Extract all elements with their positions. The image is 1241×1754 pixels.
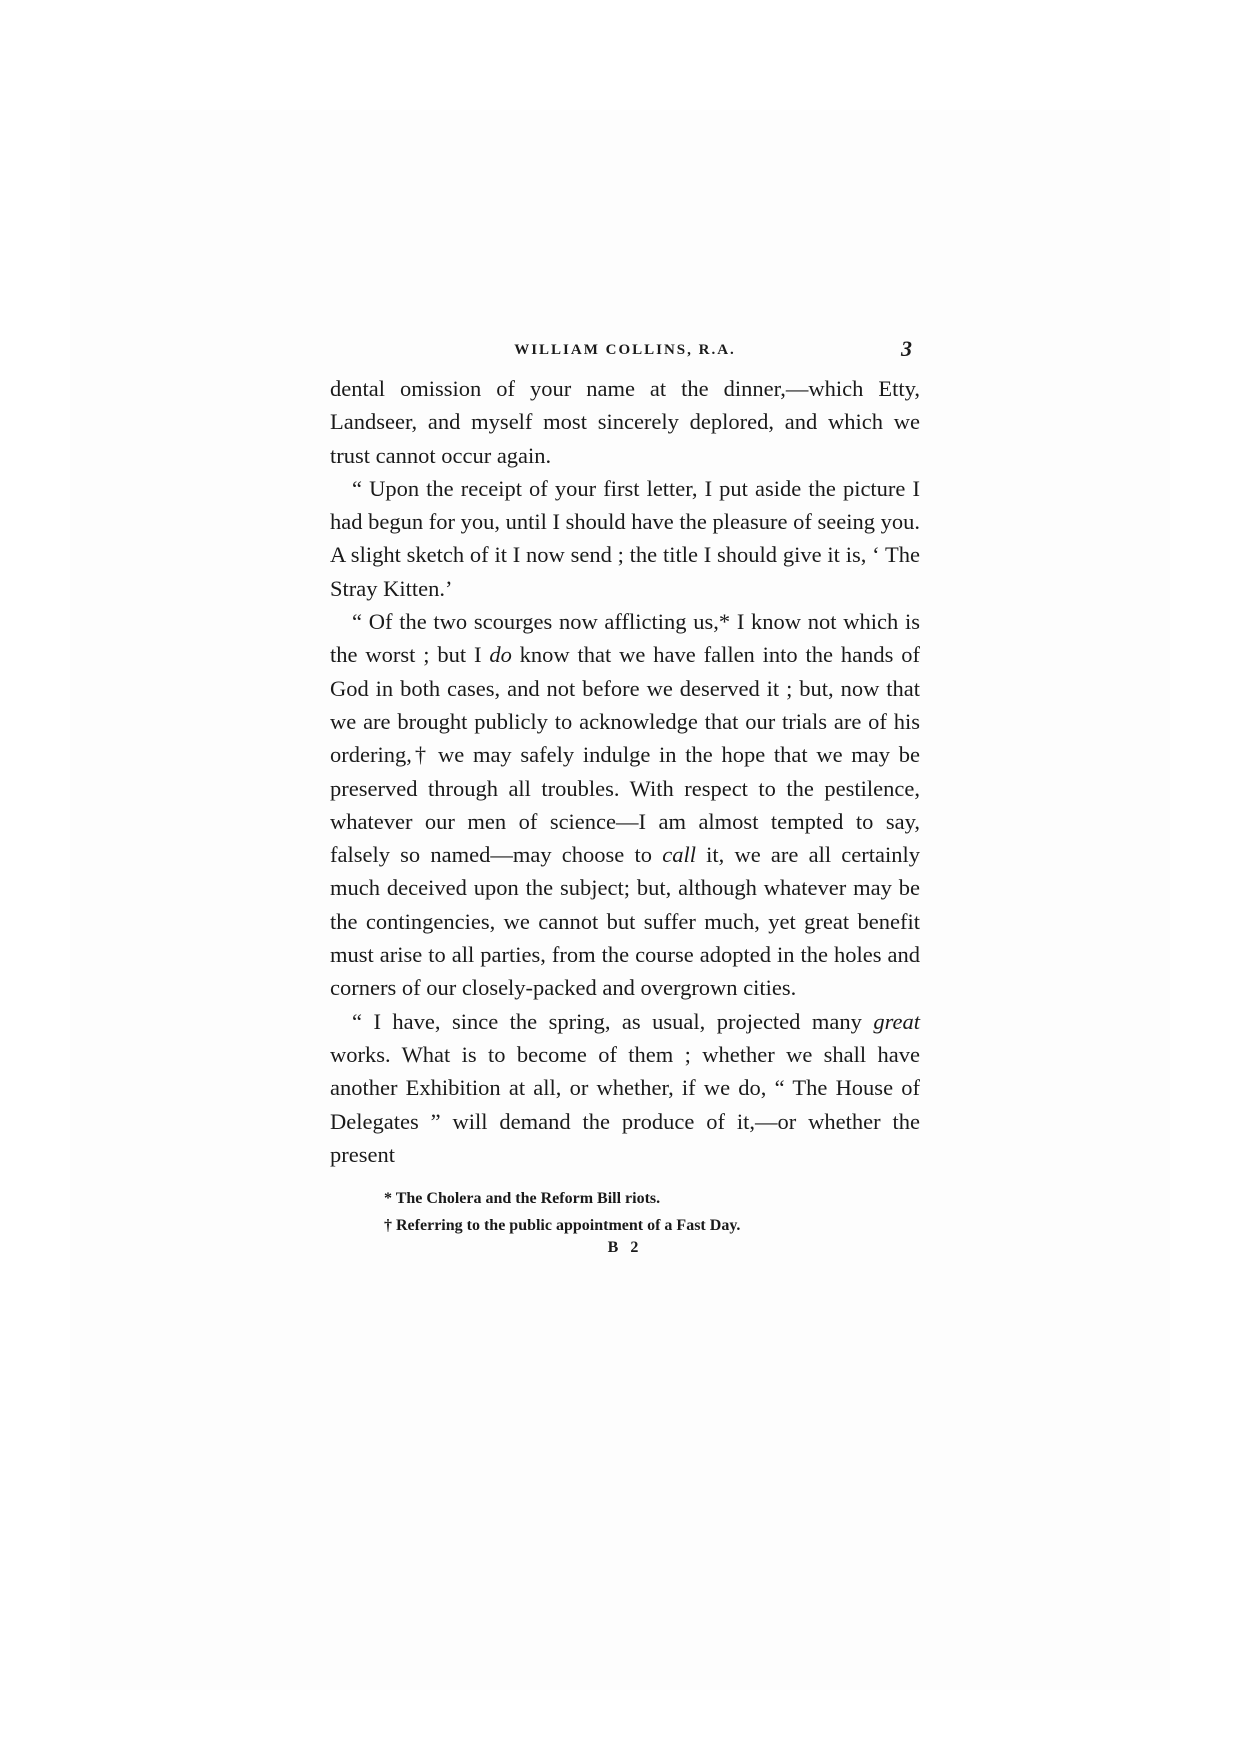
book-page: WILLIAM COLLINS, R.A. 3 dental omission … [330, 332, 920, 1257]
text-segment: dental omission of your name at the dinn… [330, 376, 920, 468]
footnote-2: † Referring to the public appointment of… [384, 1212, 920, 1239]
running-title: WILLIAM COLLINS, R.A. [330, 342, 920, 359]
italic-emphasis: call [662, 842, 696, 867]
body-text: dental omission of your name at the dinn… [330, 372, 920, 1171]
paragraph-1: dental omission of your name at the dinn… [330, 372, 920, 472]
running-head: WILLIAM COLLINS, R.A. 3 [330, 332, 920, 372]
italic-emphasis: do [489, 642, 512, 667]
page-number: 3 [901, 336, 912, 362]
paragraph-3: “ Of the two scourges now afflicting us,… [330, 605, 920, 1005]
text-segment: know that we have fallen into the hands … [330, 642, 920, 867]
text-segment: “ Upon the receipt of your first letter,… [330, 476, 920, 601]
paragraph-4: “ I have, since the spring, as usual, pr… [330, 1005, 920, 1171]
footnotes: * The Cholera and the Reform Bill riots.… [330, 1185, 920, 1239]
footnote-text: Referring to the public appointment of a… [396, 1217, 740, 1234]
signature-mark: B 2 [330, 1239, 920, 1257]
footnote-mark: † [384, 1217, 392, 1234]
italic-emphasis: great [873, 1009, 920, 1034]
footnote-text: The Cholera and the Reform Bill riots. [396, 1190, 660, 1207]
footnote-1: * The Cholera and the Reform Bill riots. [384, 1185, 920, 1212]
paragraph-2: “ Upon the receipt of your first letter,… [330, 472, 920, 605]
text-segment: works. What is to become of them ; wheth… [330, 1042, 920, 1167]
text-segment: “ I have, since the spring, as usual, pr… [352, 1009, 873, 1034]
footnote-mark: * [384, 1190, 392, 1207]
